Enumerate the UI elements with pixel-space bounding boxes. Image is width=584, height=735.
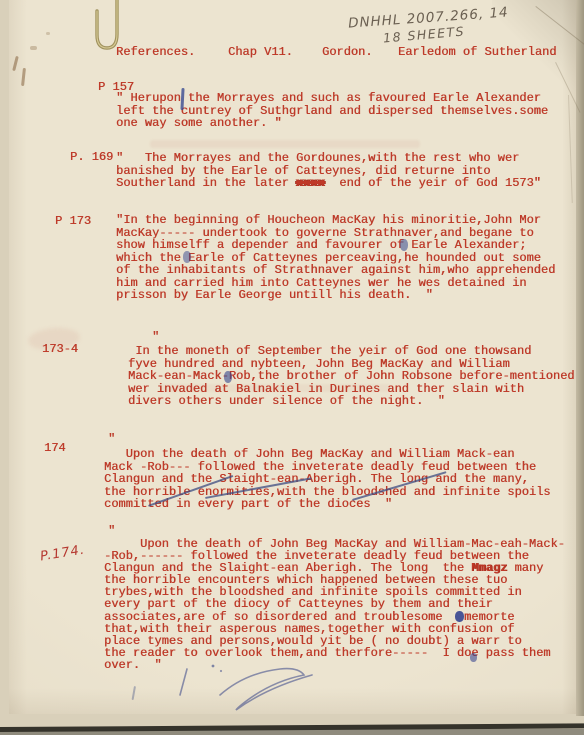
typed-entry-173-4: In the moneth of September the yeir of G…	[128, 345, 580, 408]
pen-scribble	[165, 655, 325, 715]
overstruck-word: xxxx	[296, 176, 325, 190]
ink-correction-mark	[183, 251, 191, 263]
ink-correction-mark	[400, 239, 408, 251]
typed-entry-174: Upon the death of John Beg MacKay and Wi…	[104, 448, 564, 511]
margin-ref-p169: P. 169	[70, 151, 113, 164]
header-author: Gordon.	[322, 46, 372, 59]
stain	[46, 32, 50, 35]
open-quote: "	[152, 331, 159, 344]
margin-ref-p173: P 173	[55, 215, 91, 228]
open-quote: "	[108, 525, 115, 538]
ink-blot	[455, 611, 464, 622]
margin-ref-174: 174	[44, 442, 66, 455]
header-references: References.	[116, 46, 195, 59]
stain	[30, 46, 37, 50]
typed-entry-p169: " The Morrayes and the Gordounes,with th…	[116, 152, 568, 190]
ink-blot	[470, 653, 477, 662]
margin-ref-173-4: 173-4	[42, 343, 78, 356]
entry-text: end of the yeir of God 1573"	[325, 176, 541, 190]
header-work-title: Earledom of Sutherland	[398, 46, 556, 59]
ink-correction-mark	[224, 371, 232, 383]
open-quote: "	[108, 433, 115, 446]
typed-entry-p157: " Herupon the Morrayes and such as favou…	[116, 92, 568, 130]
typed-entry-174b: Upon the death of John Beg MacKay and Wi…	[104, 538, 570, 671]
header-chapter: Chap V11.	[228, 46, 293, 59]
ink-ghosting	[150, 140, 420, 148]
